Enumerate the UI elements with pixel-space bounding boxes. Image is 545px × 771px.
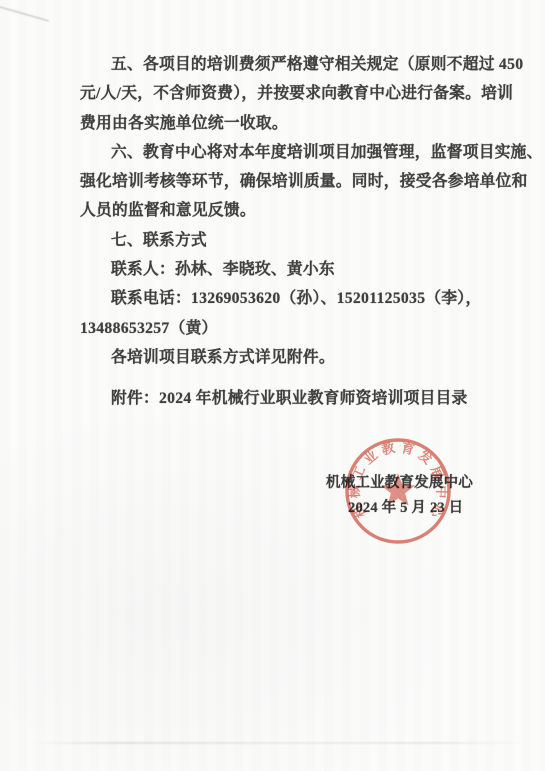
scanned-document-page: 五、各项目的培训费须严格遵守相关规定（原则不超过 450 元/人/天，不含师资费… — [0, 0, 545, 771]
contact-phone-line: 13488653257（黄） — [80, 314, 543, 343]
body-line: 元/人/天，不含师资费），并按要求向教育中心进行备案。培训 — [80, 79, 543, 108]
body-line: 人员的监督和意见反馈。 — [80, 196, 543, 225]
scan-artifact-line — [30, 742, 530, 744]
star-icon — [381, 473, 415, 506]
body-line: 费用由各实施单位统一收取。 — [80, 109, 543, 138]
scan-artifact-corner — [0, 4, 49, 22]
contact-phone-line: 联系电话：13269053620（孙）、15201125035（李）， — [80, 284, 543, 313]
official-seal: 机械工业教育发展中心 — [340, 433, 456, 549]
section-heading-contact: 七、联系方式 — [80, 226, 543, 255]
body-line: 强化培训考核等环节，确保培训质量。同时，接受各参培单位和 — [80, 167, 543, 196]
body-line: 五、各项目的培训费须严格遵守相关规定（原则不超过 450 — [80, 50, 543, 79]
body-line: 六、教育中心将对本年度培训项目加强管理，监督项目实施、 — [80, 138, 543, 167]
body-line: 各培训项目联系方式详见附件。 — [80, 343, 543, 372]
contact-persons-line: 联系人：孙林、李晓玫、黄小东 — [80, 255, 543, 284]
attachment-reference-line: 附件：2024 年机械行业职业教育师资培训项目目录 — [80, 384, 543, 413]
document-body: 五、各项目的培训费须严格遵守相关规定（原则不超过 450 元/人/天，不含师资费… — [80, 50, 543, 414]
